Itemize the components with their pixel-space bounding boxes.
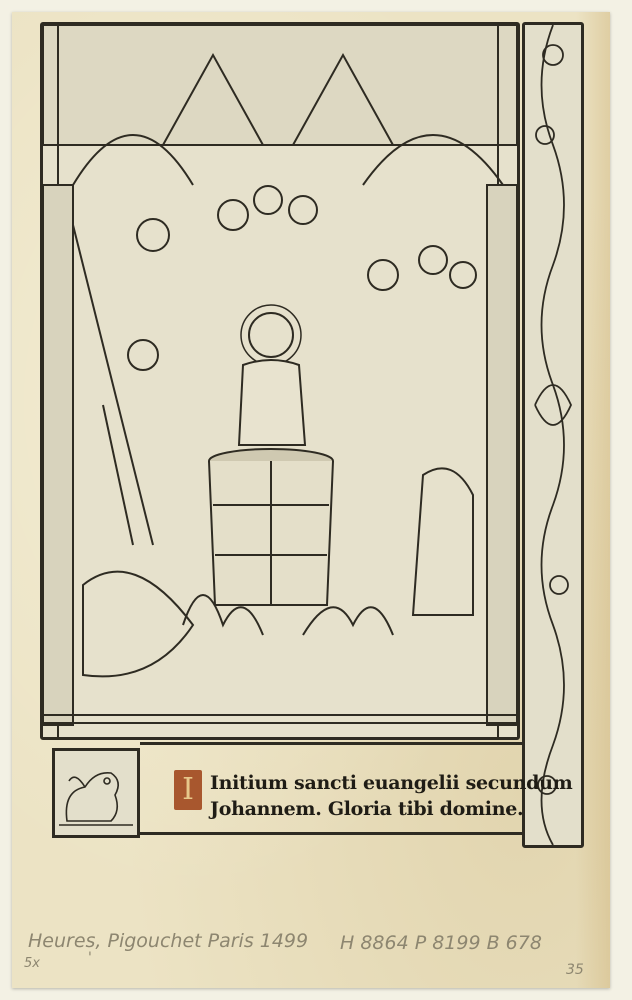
crouching-beast-icon: [55, 751, 137, 835]
rubricated-initial: I: [174, 770, 202, 810]
pencil-page-number: 35: [566, 962, 584, 978]
foliage-ornament: [525, 25, 581, 845]
pencil-note-references: H 8864 P 8199 B 678: [340, 932, 542, 954]
pencil-note-title: Heures, Pigouchet Paris 1499: [28, 930, 308, 952]
beast-vignette: [52, 748, 140, 838]
scene-illustration: [43, 25, 517, 737]
text-bottom-rule: [140, 832, 522, 835]
latin-text-line-2: Johannem. Gloria tibi domine.: [210, 798, 523, 820]
initial-letter: I: [174, 770, 202, 810]
text-top-rule: [140, 742, 522, 745]
latin-text-line-1: Initium sancti euangelii secundum: [210, 772, 572, 794]
pencil-note-small: 5x: [24, 956, 40, 971]
woodcut-scene: [40, 22, 520, 740]
floral-border: [522, 22, 584, 848]
pencil-note-tick: ': [88, 950, 92, 966]
